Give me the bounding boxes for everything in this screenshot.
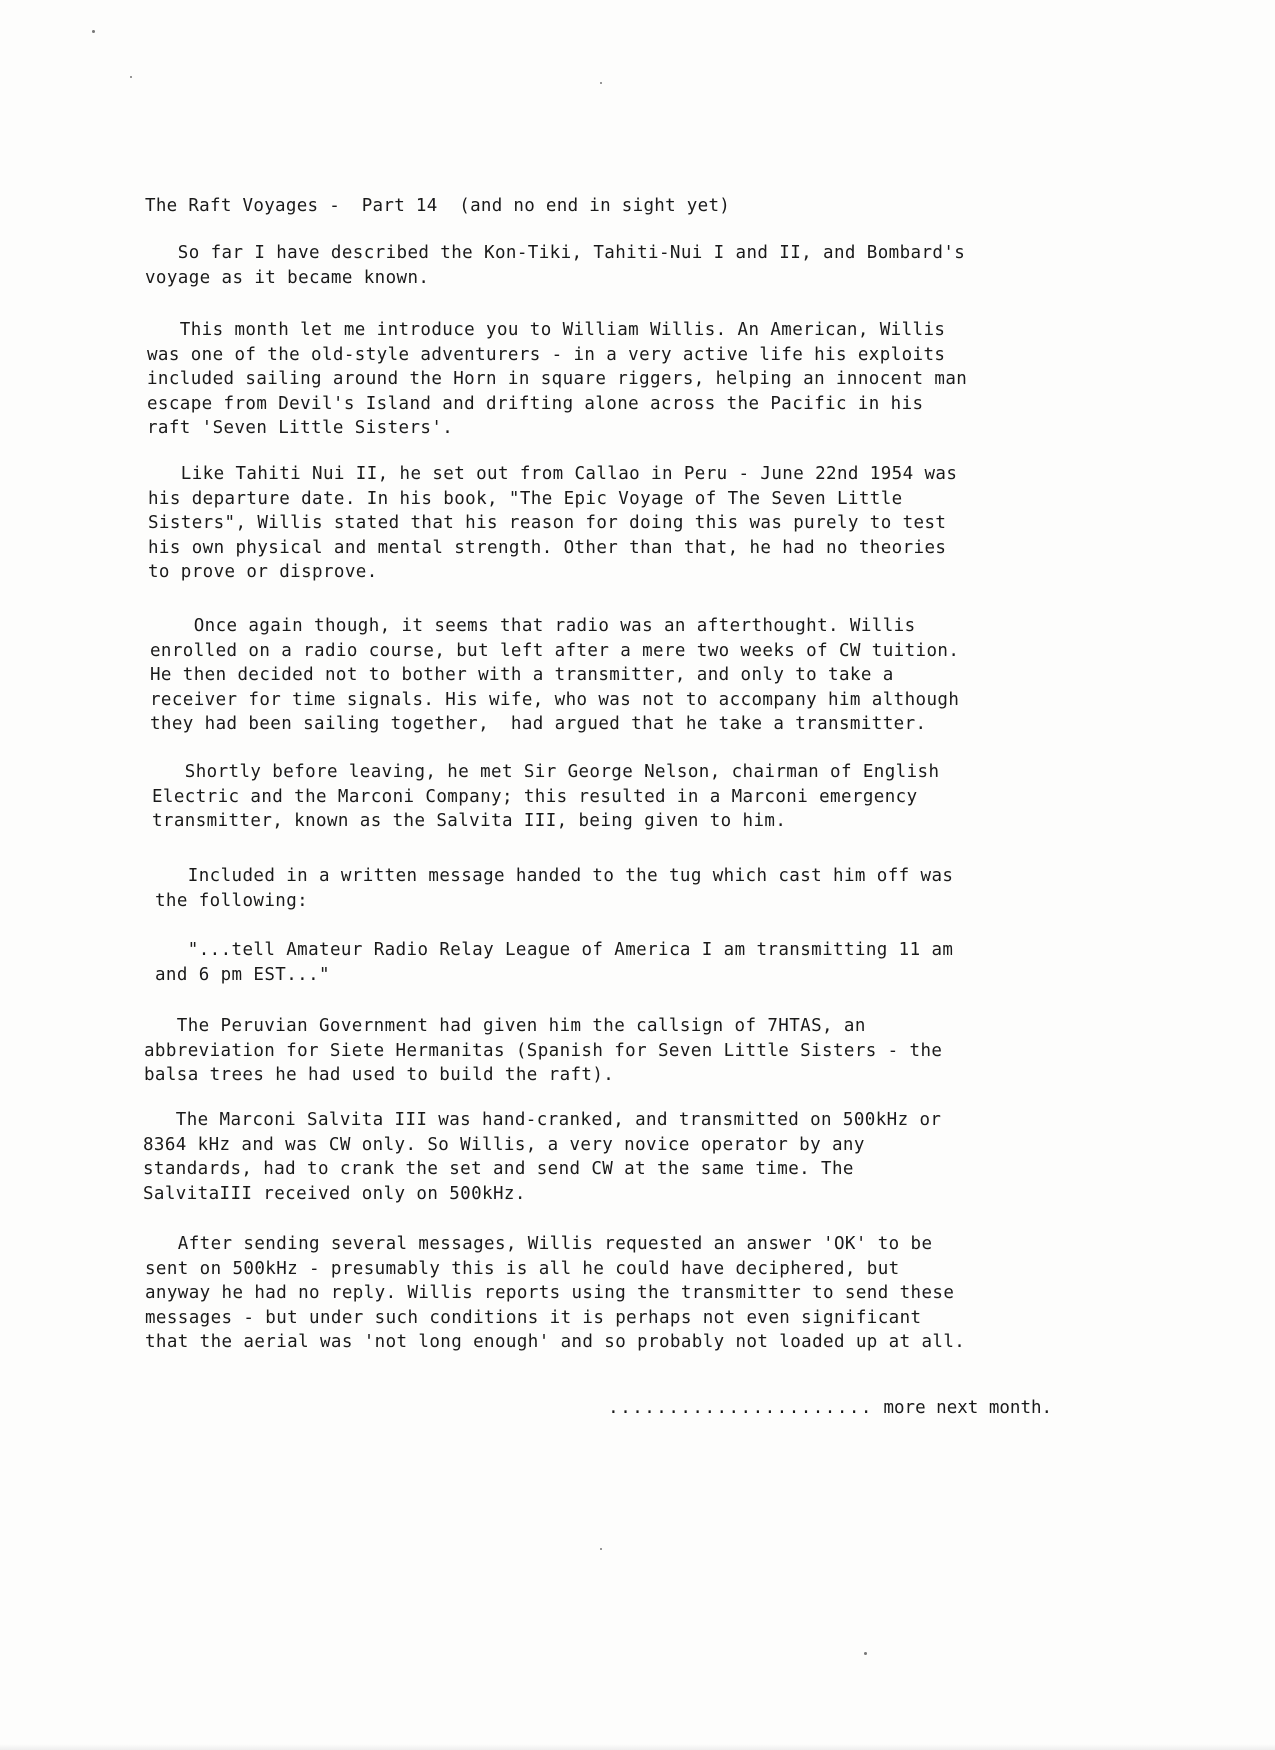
text-line: standards, had to crank the set and send… [143,1157,941,1182]
text-line: Like Tahiti Nui II, he set out from Call… [148,462,957,487]
text-line: enrolled on a radio course, but left aft… [150,639,959,664]
text-line: they had been sailing together, had argu… [150,712,959,737]
paragraph-quote: "...tell Amateur Radio Relay League of A… [155,938,953,987]
scan-speck [600,82,602,84]
text-line: The Marconi Salvita III was hand-cranked… [143,1108,941,1133]
continuation-note: ...................... more next month. [566,1378,1052,1438]
text-line: This month let me introduce you to Willi… [147,318,967,343]
paragraph-tug-message: Included in a written message handed to … [155,864,953,913]
text-line: abbreviation for Siete Hermanitas (Spani… [144,1039,942,1064]
text-line: Included in a written message handed to … [155,864,953,889]
text-line: "...tell Amateur Radio Relay League of A… [155,938,953,963]
text-line: anyway he had no reply. Willis reports u… [145,1281,965,1306]
text-line: to prove or disprove. [148,560,957,585]
text-line: Once again though, it seems that radio w… [150,614,959,639]
paragraph-departure: Like Tahiti Nui II, he set out from Call… [148,462,957,585]
scan-speck [130,76,132,78]
text-line: raft 'Seven Little Sisters'. [147,416,967,441]
continuation-text: more next month. [873,1398,1052,1418]
text-line: Sisters", Willis stated that his reason … [148,511,957,536]
text-line: his departure date. In his book, "The Ep… [148,487,957,512]
text-line: Electric and the Marconi Company; this r… [152,785,939,810]
scan-speck [92,30,95,33]
text-line: the following: [155,889,953,914]
text-line: was one of the old-style adventurers - i… [147,343,967,368]
paragraph-george-nelson: Shortly before leaving, he met Sir Georg… [152,760,939,834]
text-line: Shortly before leaving, he met Sir Georg… [152,760,939,785]
scanned-page: The Raft Voyages - Part 14 (and no end i… [0,0,1275,1750]
paragraph-intro: So far I have described the Kon-Tiki, Ta… [145,241,965,290]
text-line: The Peruvian Government had given him th… [144,1014,942,1039]
text-line: transmitter, known as the Salvita III, b… [152,809,939,834]
text-line: balsa trees he had used to build the raf… [144,1063,942,1088]
text-line: escape from Devil's Island and drifting … [147,392,967,417]
article-title: The Raft Voyages - Part 14 (and no end i… [145,196,730,216]
text-line: and 6 pm EST..." [155,963,953,988]
leader-dots: ...................... [608,1398,873,1418]
text-line: SalvitaIII received only on 500kHz. [143,1182,941,1207]
paragraph-callsign: The Peruvian Government had given him th… [144,1014,942,1088]
text-line: 8364 kHz and was CW only. So Willis, a v… [143,1133,941,1158]
paragraph-salvita: The Marconi Salvita III was hand-cranked… [143,1108,941,1206]
text-line: included sailing around the Horn in squa… [147,367,967,392]
text-line: his own physical and mental strength. Ot… [148,536,957,561]
scan-speck [600,1548,602,1550]
paragraph-radio-afterthought: Once again though, it seems that radio w… [150,614,959,737]
scan-speck [864,1652,867,1655]
paragraph-willis-intro: This month let me introduce you to Willi… [147,318,967,441]
page-bottom-edge [0,1744,1275,1750]
text-line: After sending several messages, Willis r… [145,1232,965,1257]
text-line: messages - but under such conditions it … [145,1306,965,1331]
text-line: that the aerial was 'not long enough' an… [145,1330,965,1355]
text-line: receiver for time signals. His wife, who… [150,688,959,713]
text-line: So far I have described the Kon-Tiki, Ta… [145,241,965,266]
text-line: sent on 500kHz - presumably this is all … [145,1257,965,1282]
text-line: voyage as it became known. [145,266,965,291]
text-line: He then decided not to bother with a tra… [150,663,959,688]
paragraph-ok-request: After sending several messages, Willis r… [145,1232,965,1355]
